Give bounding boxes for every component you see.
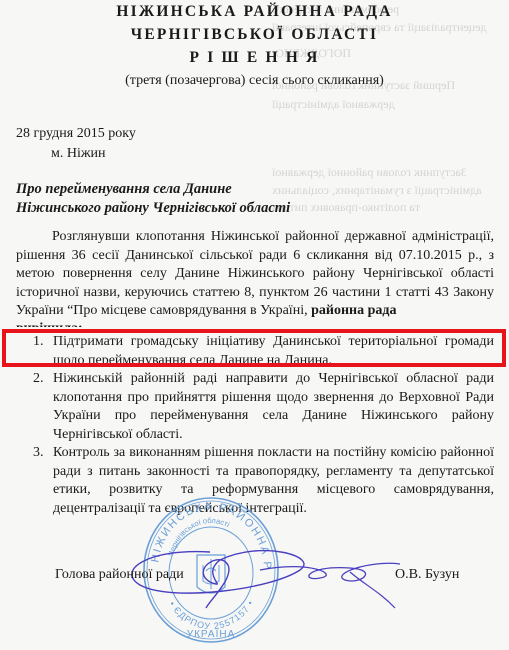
title-line-1: Про перейменування села Данине: [16, 180, 290, 199]
document-city: м. Ніжин: [51, 146, 106, 162]
preamble: Розглянувши клопотання Ніжинської районн…: [16, 228, 494, 321]
header-region: ЧЕРНІГІВСЬКОЇ ОБЛАСТІ: [0, 26, 509, 44]
decision-item-2: 2. Ніжинській районній раді направити до…: [33, 370, 494, 444]
session-line: (третя (позачергова) сесія сього скликан…: [0, 73, 509, 89]
item-text: Ніжинській районній раді направити до Че…: [53, 371, 494, 442]
title-line-2: Ніжинського району Чернігівської області: [16, 199, 290, 218]
preamble-bold-tail: районна рада: [311, 303, 396, 318]
item-number: 2.: [33, 370, 44, 389]
signatory-position: Голова районної ради: [55, 567, 184, 583]
header-decision: Р І Ш Е Н Н Я: [0, 49, 509, 67]
signatory-name: О.В. Бузун: [395, 567, 459, 583]
ghost-text: державної адміністрації: [272, 97, 395, 112]
document-page: реформування місцевого децентралізації т…: [0, 0, 509, 650]
item-number: 3.: [33, 444, 44, 463]
decision-word: вирішила:: [16, 320, 83, 327]
ghost-text: та політико-правових питань: [272, 200, 420, 215]
ghost-text: адміністрації з гуманітарних, соціальних: [272, 183, 482, 198]
document-title: Про перейменування села Данине Ніжинсько…: [16, 180, 290, 218]
header-council-name: НІЖИНСЬКА РАЙОННА РАДА: [0, 3, 509, 21]
preamble-text: Розглянувши клопотання Ніжинської районн…: [16, 229, 494, 318]
svg-text:УКРАЇНА: УКРАЇНА: [187, 628, 236, 640]
ghost-text: Заступник голови районної державної: [272, 165, 467, 180]
document-date: 28 грудня 2015 року: [16, 126, 136, 142]
highlight-box: [2, 329, 506, 367]
